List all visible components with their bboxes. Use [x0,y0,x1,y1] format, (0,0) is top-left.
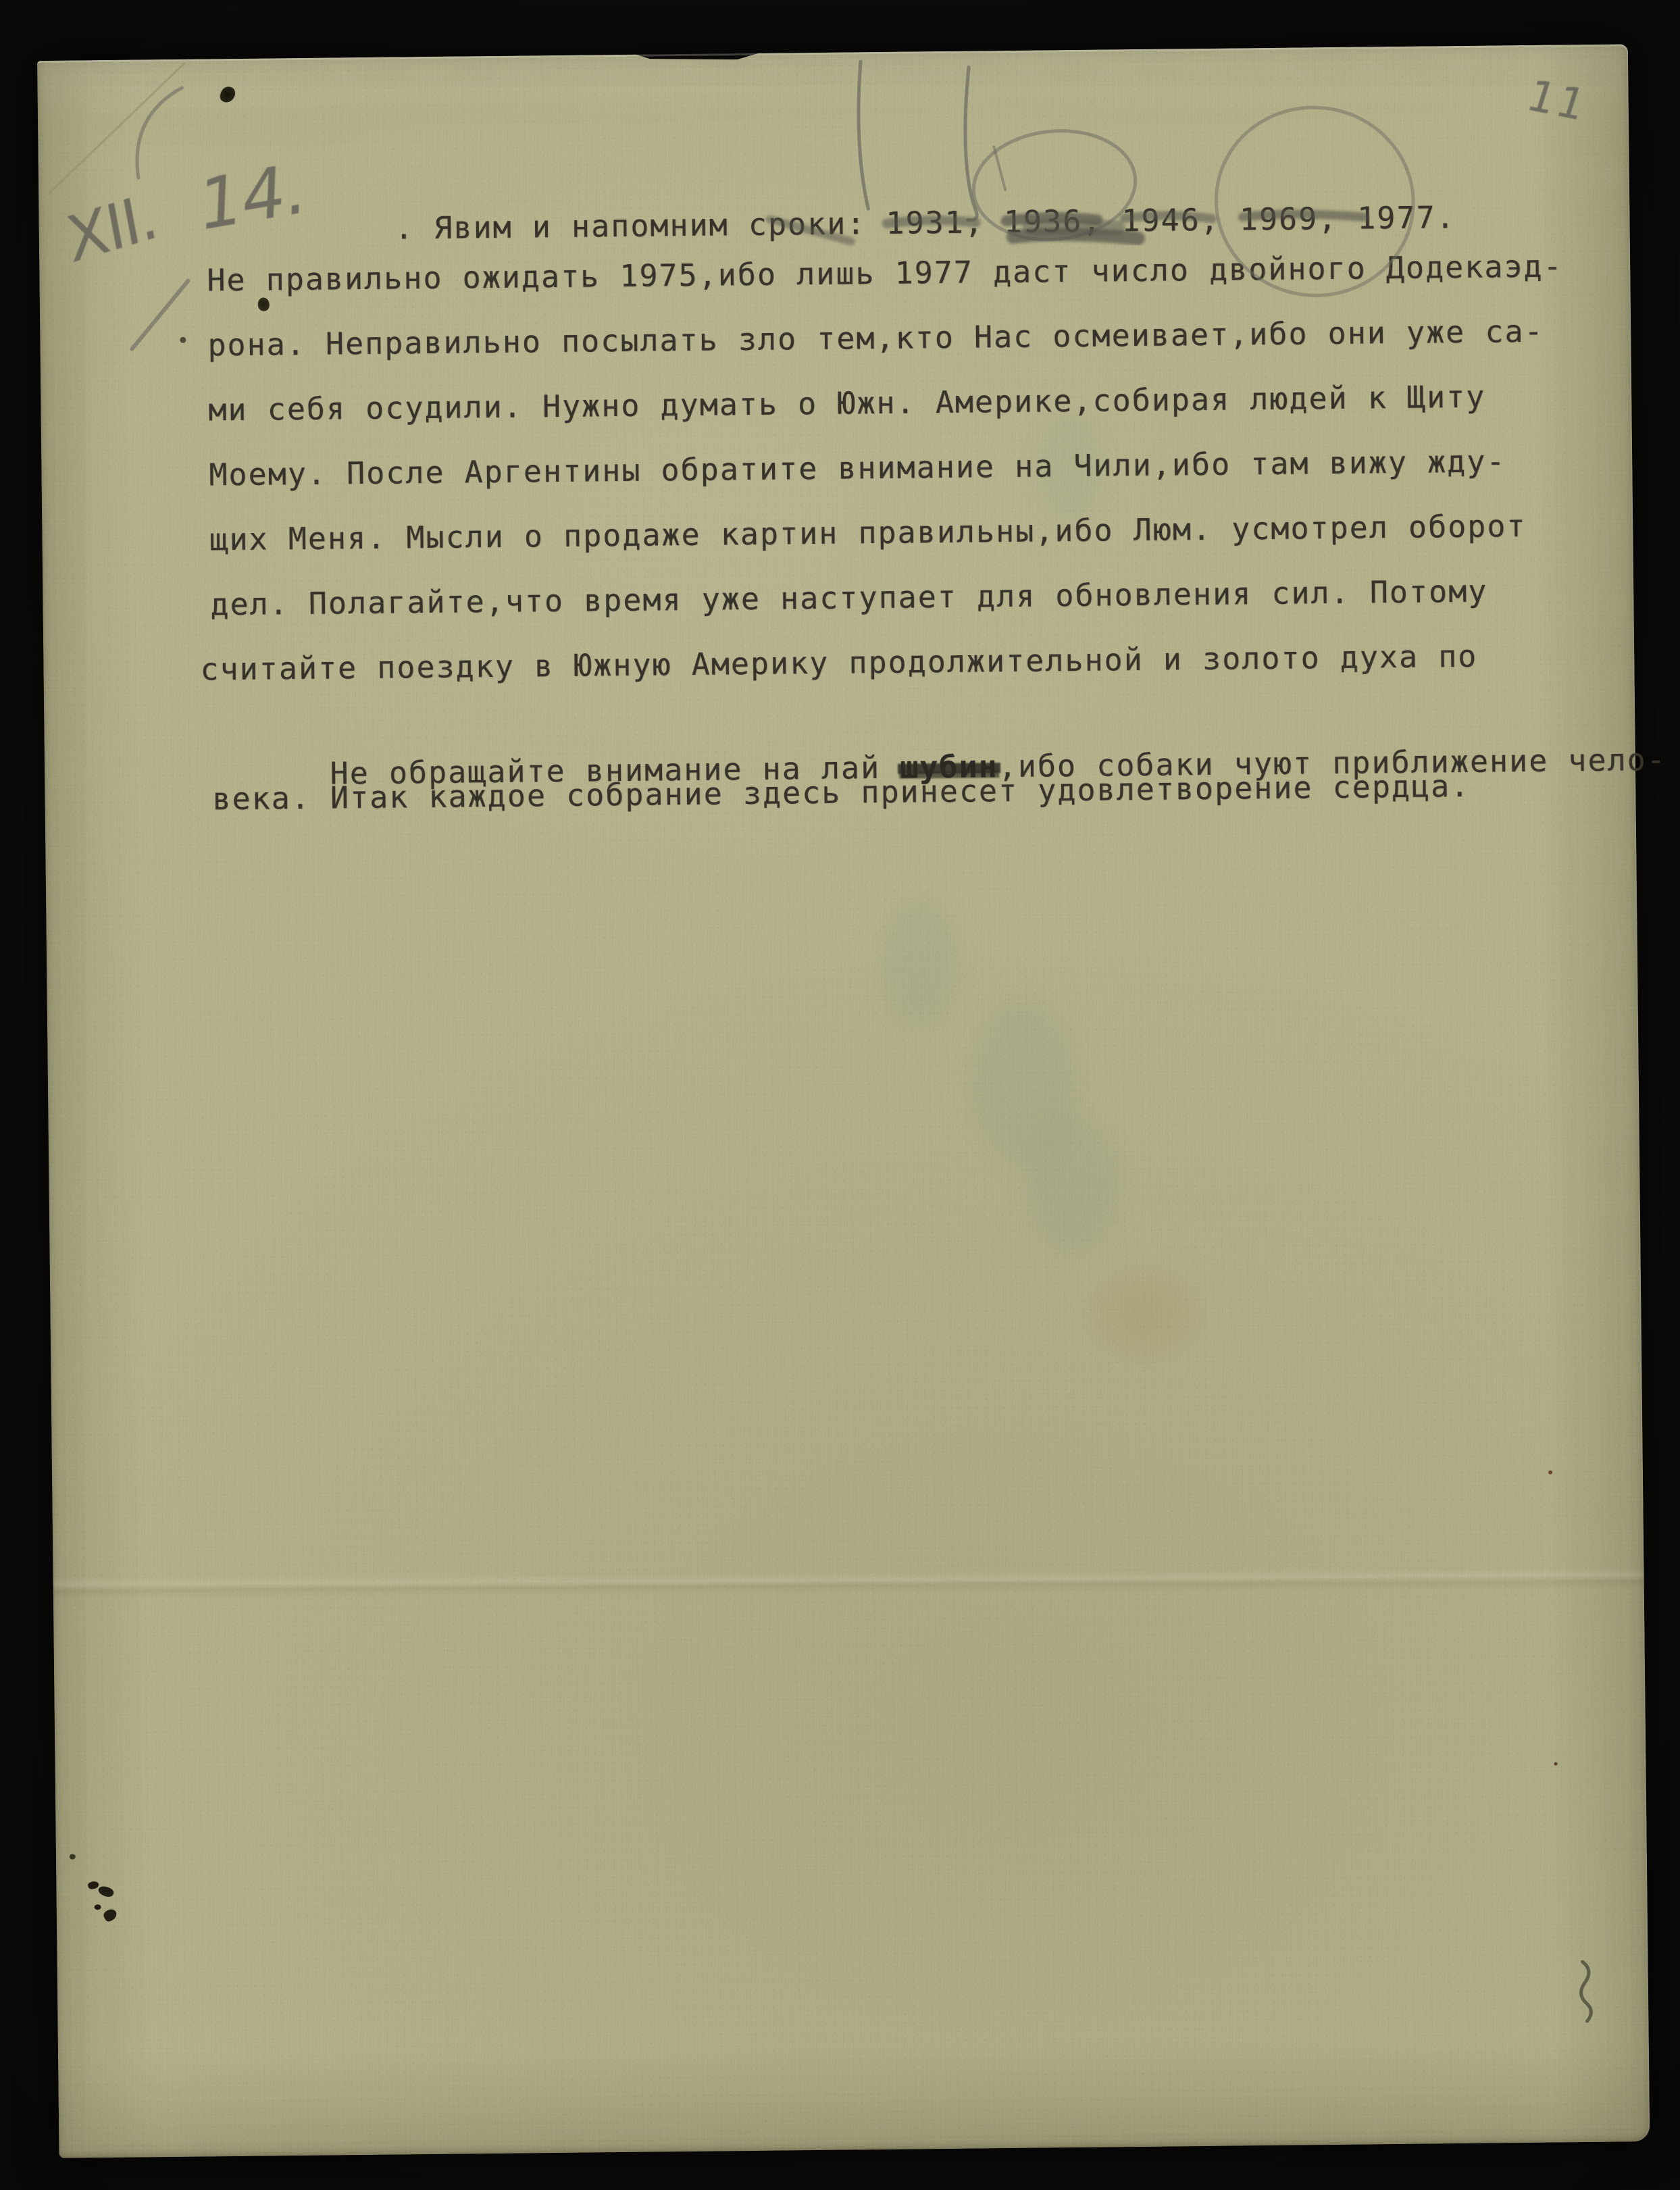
date-1969: 1969, [1240,201,1338,238]
paper-speck [1554,1762,1557,1766]
fold-crease [53,1567,1644,1598]
typed-line: дел. Полагайте,что время уже наступает д… [210,571,1488,626]
handwritten-page-number: 11 [1521,71,1594,130]
heading-prefix: . Явим и напомним сроки: [394,205,886,247]
typed-line: Моему. После Аргентины обратите внимание… [209,441,1506,495]
date-1946: 1946, [1121,202,1220,239]
torn-edge-notch [632,52,763,61]
handwritten-roman-numeral: XII. [61,180,162,277]
scanner-bed: . Явим и напомним сроки: 1931,1936,1946,… [0,0,1680,2190]
typed-line: рона. Неправильно посылать зло тем,кто Н… [207,311,1544,366]
date-1936: 1936, [1004,203,1102,240]
ink-spatter [70,1854,76,1860]
paper-stain [1049,1236,1240,1390]
ink-spatter [102,1907,118,1922]
pencil-arc-mark [136,88,183,178]
ink-bleedthrough [1024,1115,1120,1254]
corner-crease-line [48,63,186,193]
typed-line: щих Меня. Мысли о продаже картин правиль… [209,506,1527,560]
date-1977: 1977. [1357,199,1456,236]
ink-spatter [97,1884,116,1899]
date-1931: 1931, [886,204,984,241]
ink-spatter [95,1904,101,1910]
paper-speck [1548,1471,1552,1475]
punch-hole [218,84,237,105]
ink-bleedthrough [880,898,959,1030]
typed-line: считайте поездку в Южную Америку продолж… [200,636,1478,690]
pencil-squiggle [1581,1962,1591,2021]
paper-speck [180,337,186,343]
typed-line: ми себя осудили. Нужно думать о Южн. Аме… [208,377,1486,431]
document-page: . Явим и напомним сроки: 1931,1936,1946,… [37,44,1650,2158]
